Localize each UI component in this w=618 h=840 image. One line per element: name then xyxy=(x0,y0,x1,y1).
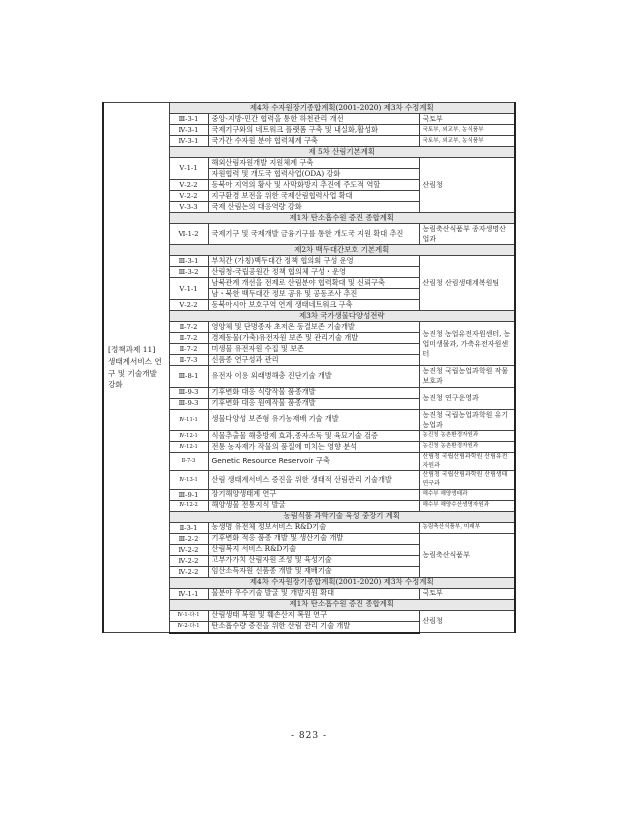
task-code: Ⅲ-3-1 xyxy=(169,256,208,267)
task-code: Ⅱ-7-2 xyxy=(169,344,208,355)
task-code: Ⅱ-7-2 xyxy=(169,333,208,344)
task-description: 중앙-지방-민간 협력을 통한 하천관리 개선 xyxy=(208,114,419,125)
task-code: Ⅴ-1-1 xyxy=(169,278,208,300)
task-description: 동북아 지역의 황사 및 사막화방지 추진에 주도적 역할 xyxy=(208,180,419,191)
task-code: Ⅳ-3-1 xyxy=(169,125,208,136)
task-code: Ⅴ-1-1 xyxy=(169,158,208,180)
task-description: 지구환경 보전을 위한 국제산림협력사업 확대 xyxy=(208,191,419,202)
task-description: 부처간 (가칭)백두대간 정책 협의회 구성 운영 xyxy=(208,256,419,267)
task-description: 임산소득자원 신품종 개발 및 재배기술 xyxy=(208,566,419,577)
task-description: 국제기구 및 국제개발 금융기구를 통한 개도국 지원 확대 추진 xyxy=(208,224,419,245)
task-description: 식물추출물 해충방제 효과,종자소독 및 육묘기술 검증 xyxy=(208,430,419,441)
responsible-org: 국토부 xyxy=(419,114,515,125)
responsible-org: 농진청 국립농업과학원 작물보호과 xyxy=(419,366,515,387)
responsible-org: 산림청 산림생태계복원팀 xyxy=(419,256,515,311)
responsible-org: 산림청 국립산림과학원 산림유전자원과 xyxy=(419,452,515,470)
task-description: 신품종 연구성과 관리 xyxy=(208,355,419,366)
responsible-org: 농진청 농촌환경자원과 xyxy=(419,430,515,441)
task-description: 산림청-국립공원간 정책 협의체 구성・운영 xyxy=(208,267,419,278)
responsible-org: 산림청 xyxy=(419,610,515,633)
task-code: Ⅳ-1-1 xyxy=(169,588,208,599)
task-description: 장기해양생태계 연구 xyxy=(208,489,419,500)
task-description: 미생물 유전자원 수집 및 보존 xyxy=(208,344,419,355)
section-title: 제3차 국가생물다양성전략 xyxy=(169,311,515,322)
task-description: 국가간 수자원 분야 협력체계 구축 xyxy=(208,136,419,147)
task-code: Ⅲ-9-3 xyxy=(169,387,208,398)
task-code: Ⅱ-7-3 xyxy=(169,452,208,470)
task-description: 생물다양성 보존형 유기농재배 기술 개발 xyxy=(208,409,419,430)
task-description: 남북관계 개선을 전제로 산림분야 협력확대 및 신뢰구축 xyxy=(208,278,419,289)
policy-task-table: [정책과제 11] 생태계서비스 연구 및 기술개발 강화 제4차 수자원장기종… xyxy=(102,102,516,634)
responsible-org: 농진청 농업유전자원센터, 농업미생물과, 가축유전자원센터 xyxy=(419,322,515,366)
task-description: 자원협력 및 개도국 협력사업(ODA) 강화 xyxy=(208,169,419,180)
section-title: 제1차 탄소흡수원 증진 종합계획 xyxy=(169,599,515,610)
task-code: Ⅴ-2-2 xyxy=(169,180,208,191)
task-code: Ⅵ-1-2 xyxy=(169,224,208,245)
task-code: Ⅳ-3-1 xyxy=(169,136,208,147)
responsible-org: 농림축산식품부 종자생명산업과 xyxy=(419,224,515,245)
task-code: Ⅲ-2-2 xyxy=(169,533,208,544)
task-description: 탄소흡수량 증진을 위한 산림 관리 기술 개발 xyxy=(208,621,419,633)
responsible-org: 산림청 국립산림과학원 산림생태연구과 xyxy=(419,471,515,489)
task-description: Genetic Resource Reservoir 구축 xyxy=(208,452,419,470)
section-header: [정책과제 11] 생태계서비스 연구 및 기술개발 강화 제4차 수자원장기종… xyxy=(103,103,515,114)
responsible-org: 산림청 xyxy=(419,158,515,213)
task-description: 해외산림자원개발 지원체계 구축 xyxy=(208,158,419,169)
task-code: Ⅱ-7-2 xyxy=(169,322,208,333)
task-description: 동북아시아 보호구역 연계 생태네트워크 구축 xyxy=(208,300,419,311)
page-number: - 823 - xyxy=(0,731,618,741)
task-description: 농생명 유전체 정보서비스 R&D기술 xyxy=(208,522,419,533)
responsible-org: 해수부 해양수산생명자원과 xyxy=(419,500,515,511)
task-code: Ⅳ-2-2 xyxy=(169,544,208,555)
task-description: 산림복지 서비스 R&D기술 xyxy=(208,544,419,555)
task-code: Ⅲ-8-1 xyxy=(169,366,208,387)
responsible-org: 국토부 xyxy=(419,588,515,599)
task-code: Ⅲ-9-1 xyxy=(169,489,208,500)
responsible-org: 국토부, 외교부, 농식품부 xyxy=(419,125,515,136)
task-code: Ⅳ-12-1 xyxy=(169,441,208,452)
task-description: 전통 농자재가 작물의 품질에 미치는 영향 분석 xyxy=(208,441,419,452)
task-code: Ⅳ-2-2 xyxy=(169,566,208,577)
task-description: 고부가가치 산림자원 조성 및 육성기술 xyxy=(208,555,419,566)
task-code: Ⅴ-2-2 xyxy=(169,191,208,202)
task-description: 국제 산림논의 대응역량 강화 xyxy=(208,202,419,213)
responsible-org: 해수부 해양생태과 xyxy=(419,489,515,500)
task-description: 기후변화 적응 품종 개발 및 생산기술 개발 xyxy=(208,533,419,544)
responsible-org: 농진청 연구운영과 xyxy=(419,387,515,409)
task-description: 경제동물(가축)유전자원 보존 및 관리기술 개발 xyxy=(208,333,419,344)
task-code: Ⅳ-12-1 xyxy=(169,430,208,441)
task-code: Ⅳ-2-다-1 xyxy=(169,621,208,633)
section-title: 제 5차 산림기본계획 xyxy=(169,147,515,158)
task-description: 산림생태 복원 및 훼손산지 복원 연구 xyxy=(208,610,419,621)
task-code: Ⅳ-11-1 xyxy=(169,409,208,430)
section-title: 제2차 백두대간보호 기본계획 xyxy=(169,245,515,256)
task-description: 기후변화 대응 식량작물 품종개발 xyxy=(208,387,419,398)
section-title: 제4차 수자원장기종합계획(2001-2020) 제3차 수정계획 xyxy=(169,577,515,588)
task-description: 물분야 우수기술 발굴 및 개발지원 확대 xyxy=(208,588,419,599)
task-code: Ⅲ-3-2 xyxy=(169,267,208,278)
task-code: Ⅳ-13-1 xyxy=(169,471,208,489)
task-description: 산림 생태계서비스 증진을 위한 생태적 산림관리 기술개발 xyxy=(208,471,419,489)
task-description: 해양생물 전통지식 발굴 xyxy=(208,500,419,511)
responsible-org: 농진청 국립농업과학원 유기농업과 xyxy=(419,409,515,430)
responsible-org: 농림축산식품부, 미래부 xyxy=(419,522,515,533)
task-code: Ⅳ-1-다-1 xyxy=(169,610,208,621)
section-title: 제1차 탄소흡수원 증진 종합계획 xyxy=(169,213,515,224)
task-description: 기후변화 대응 원예작물 품종개발 xyxy=(208,398,419,409)
task-code: Ⅳ-2-2 xyxy=(169,555,208,566)
responsible-org: 국토부, 외교부, 농식품부 xyxy=(419,136,515,147)
responsible-org: 농림축산식품부 xyxy=(419,533,515,577)
policy-task-label: [정책과제 11] 생태계서비스 연구 및 기술개발 강화 xyxy=(103,103,169,633)
task-description: 유전자 이용 외래병해충 진단기술 개발 xyxy=(208,366,419,387)
task-description: 영양체 및 단명종자 초저온 동결보존 기술개발 xyxy=(208,322,419,333)
task-code: Ⅱ-3-1 xyxy=(169,522,208,533)
task-description: 국제기구와의 네트워크 플랫폼 구축 및 내실화,활성화 xyxy=(208,125,419,136)
task-code: Ⅴ-3-3 xyxy=(169,202,208,213)
task-code: Ⅲ-9-3 xyxy=(169,398,208,409)
responsible-org: 농진청 농촌환경자원과 xyxy=(419,441,515,452)
task-code: Ⅳ-12-2 xyxy=(169,500,208,511)
section-title: 농림식품 과학기술 육성 중장기 계획 xyxy=(169,511,515,522)
section-title: 제4차 수자원장기종합계획(2001-2020) 제3차 수정계획 xyxy=(169,103,515,114)
task-code: Ⅲ-3-1 xyxy=(169,114,208,125)
task-code: Ⅱ-7-3 xyxy=(169,355,208,366)
task-description: 남・북한 백두대간 정보 공유 및 공동조사 추진 xyxy=(208,289,419,300)
task-code: Ⅴ-2-2 xyxy=(169,300,208,311)
